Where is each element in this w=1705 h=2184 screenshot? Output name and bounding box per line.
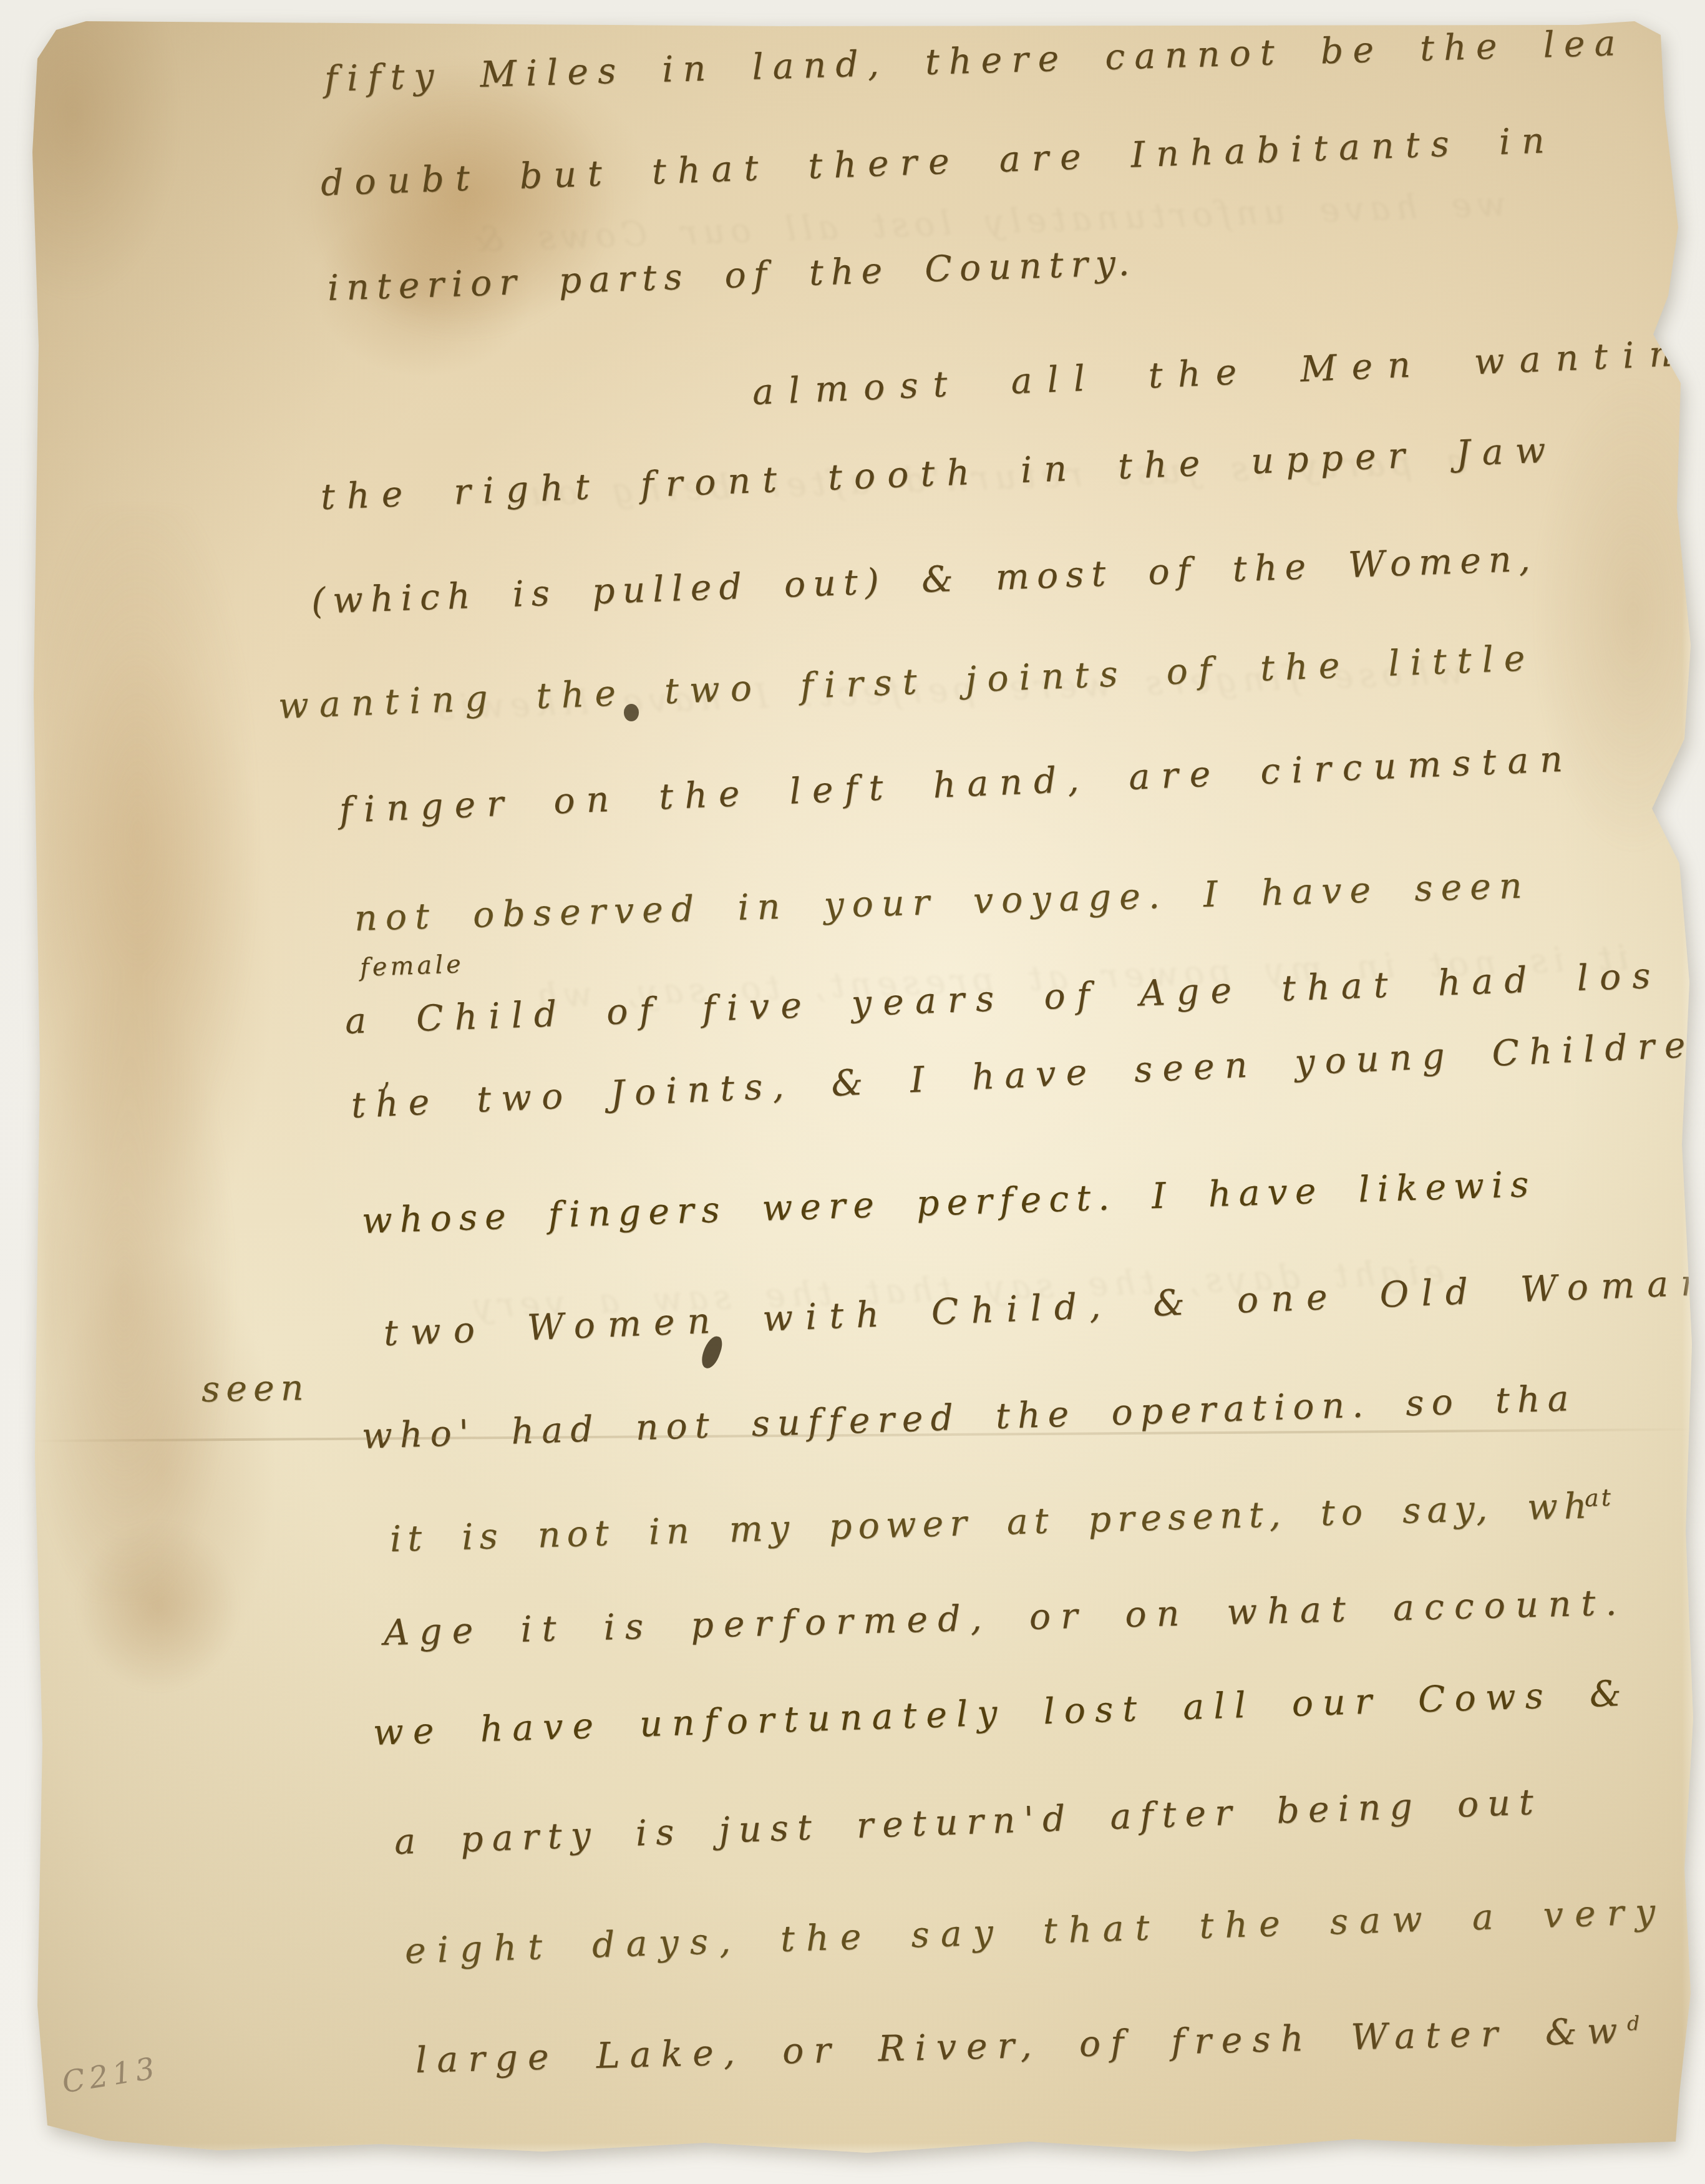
superscript-d: d bbox=[1627, 2012, 1650, 2035]
manuscript-line: finger on the left hand, are circumstan bbox=[339, 739, 1575, 831]
manuscript-line: whose fingers were perfect. I have likew… bbox=[361, 1164, 1537, 1242]
manuscript-line: who' had not suffered the operation. so … bbox=[361, 1378, 1576, 1458]
manuscript-line: doubt but that there are Inhabitants in bbox=[320, 120, 1557, 205]
interlinear-insertion: female bbox=[359, 950, 464, 982]
stain-left-band bbox=[44, 508, 312, 1600]
manuscript-line: (which is pulled out) & most of the Wome… bbox=[311, 539, 1538, 622]
letter-sheet-wrapper: we have unfortunately lost all our Cows … bbox=[31, 21, 1697, 2155]
manuscript-line: a Child of five years of Age that had lo… bbox=[344, 955, 1663, 1042]
manuscript-line: fifty Miles in land, there cannot be the… bbox=[324, 23, 1625, 100]
torn-bottom-highlight bbox=[31, 2143, 1697, 2155]
manuscript-line: it is not in my power at present, to say… bbox=[389, 1486, 1593, 1560]
manuscript-line: Age it is performed, or on what account. bbox=[383, 1582, 1627, 1654]
manuscript-line: wanting the two first joints of the litt… bbox=[278, 638, 1537, 728]
stain-lower-left bbox=[62, 1494, 274, 1718]
stain-top bbox=[299, 59, 661, 421]
scanned-letter-page: { "page": { "background_color": "#f1efe9… bbox=[0, 0, 1705, 2184]
manuscript-line: not observed in your voyage. I have seen bbox=[354, 865, 1530, 939]
manuscript-line: eight days, the say that the saw a very bbox=[404, 1891, 1667, 1972]
manuscript-line: we have unfortunately lost all our Cows … bbox=[372, 1674, 1631, 1754]
torn-edge-highlight bbox=[1682, 21, 1697, 2155]
manuscript-line-text: large Lake, or River, of fresh Water &w bbox=[415, 2011, 1628, 2081]
manuscript-line: almost all the Men wanting bbox=[752, 332, 1697, 414]
manuscript-line: interior parts of the Country. bbox=[327, 243, 1137, 309]
manuscript-line: two Women with Child, & one Old Woman bbox=[383, 1262, 1697, 1355]
manuscript-line: a party is just return'd after being out bbox=[394, 1782, 1543, 1863]
stain-top-left-corner bbox=[31, 21, 231, 470]
manuscript-line: large Lake, or River, of fresh Water &wd bbox=[415, 2011, 1650, 2082]
manuscript-line: the two Joints, & I have seen young Chil… bbox=[351, 1025, 1696, 1126]
pencil-annotation: C213 bbox=[60, 2050, 162, 2100]
letter-sheet: we have unfortunately lost all our Cows … bbox=[31, 21, 1697, 2155]
manuscript-line: the right front tooth in the upper Jaw bbox=[320, 430, 1558, 519]
catchword: seen bbox=[201, 1368, 310, 1411]
